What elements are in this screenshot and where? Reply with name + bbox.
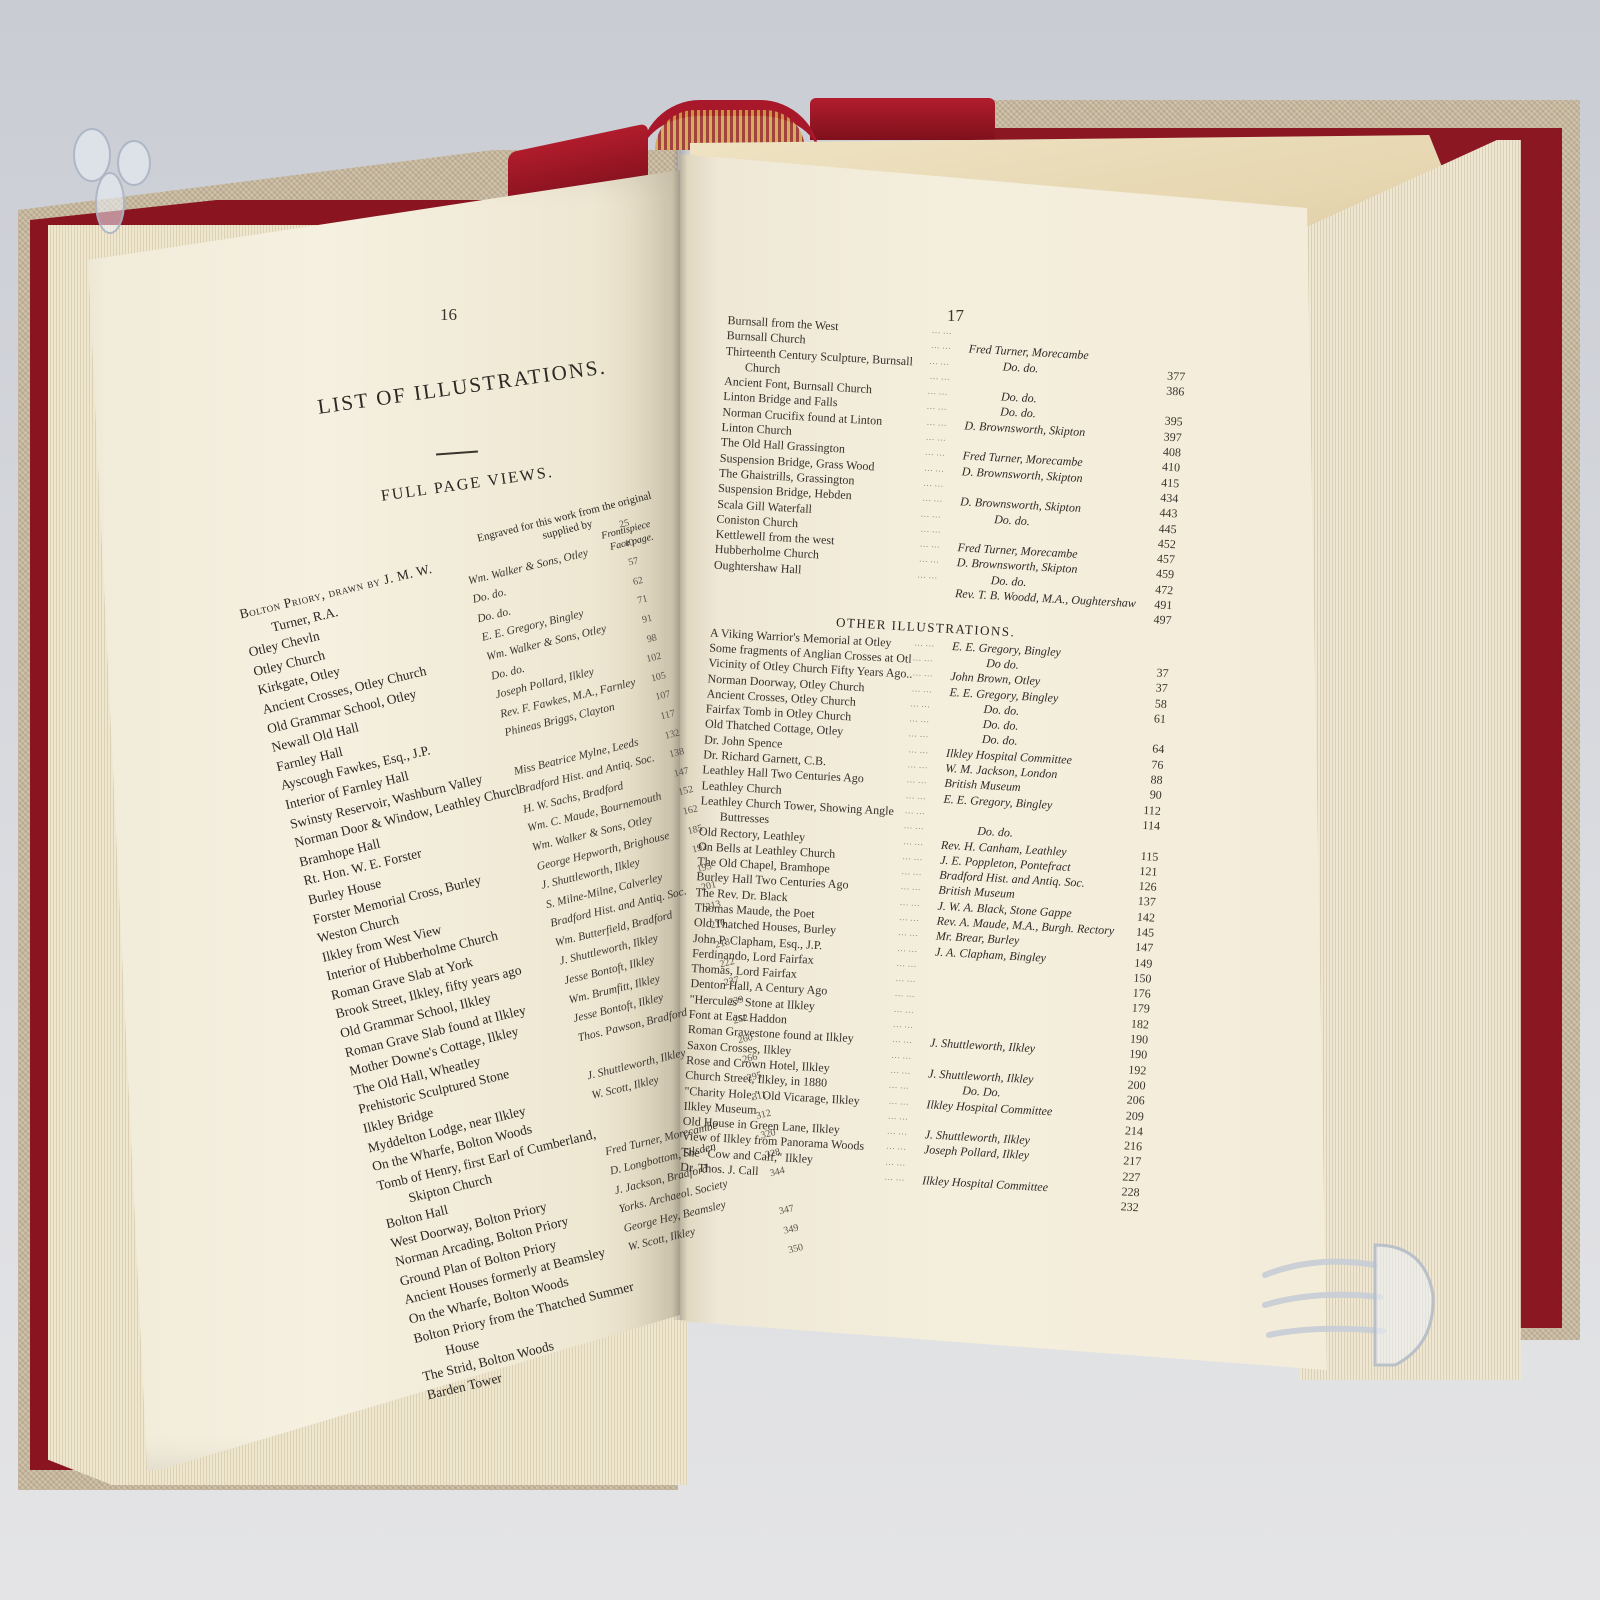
leader-dots: ··· ··· — [886, 1144, 925, 1156]
page-number-right: 17 — [947, 306, 964, 326]
leader-dots: ··· ··· — [918, 556, 957, 568]
illustration-page: 445 — [1144, 520, 1177, 537]
page-number-left: 16 — [440, 305, 457, 325]
illustration-page: 71 — [617, 594, 649, 612]
leader-dots: ··· ··· — [893, 1006, 932, 1018]
illustration-page: 347 — [763, 1203, 795, 1221]
illustration-page: 98 — [626, 632, 658, 650]
illustration-page: 162 — [667, 803, 699, 821]
leader-dots — [917, 595, 955, 597]
illustration-page: 58 — [1134, 695, 1167, 712]
leader-dots: ··· ··· — [923, 480, 962, 492]
illustration-page — [1151, 409, 1183, 411]
illustration-page: 142 — [1122, 909, 1155, 926]
leader-dots: ··· ··· — [906, 777, 945, 789]
leader-dots: ··· ··· — [910, 701, 948, 713]
illustration-page: 459 — [1141, 566, 1174, 583]
illustration-page — [779, 1268, 808, 1275]
illustration-page: 90 — [1129, 786, 1162, 803]
leader-dots: ··· ··· — [930, 343, 969, 355]
illustration-page: 377 — [1153, 367, 1186, 384]
leader-dots: ··· ··· — [888, 1098, 927, 1110]
illustration-page: 115 — [1126, 848, 1159, 865]
illustration-page: 114 — [1127, 817, 1160, 834]
illustration-page: 176 — [1118, 985, 1151, 1002]
spine-leather-right — [810, 98, 995, 140]
leader-dots: ··· ··· — [892, 1037, 931, 1049]
illustration-page: 37 — [1135, 680, 1168, 697]
illustration-page: 227 — [1108, 1168, 1141, 1185]
leader-dots: ··· ··· — [929, 373, 967, 385]
leader-dots: ··· ··· — [920, 526, 959, 538]
illustration-page: 386 — [1152, 383, 1185, 400]
leader-dots: ··· ··· — [920, 511, 958, 523]
leader-dots: ··· ··· — [905, 792, 944, 804]
leader-dots: ··· ··· — [922, 495, 961, 507]
illustration-page: 61 — [1133, 710, 1166, 727]
illustration-page: 152 — [663, 784, 695, 802]
illustration-page: 410 — [1147, 459, 1180, 476]
illustration-page: 121 — [1125, 863, 1158, 880]
illustration-page: 472 — [1141, 581, 1174, 598]
leader-dots: ··· ··· — [926, 419, 965, 431]
illustration-page: 497 — [1139, 612, 1172, 629]
illustration-page: 137 — [1123, 893, 1156, 910]
illustration-page — [788, 1306, 817, 1313]
illustration-page: 117 — [644, 708, 676, 726]
illustration-page: 88 — [1130, 771, 1163, 788]
leader-dots: ··· ··· — [888, 1082, 926, 1094]
leader-dots: ··· ··· — [895, 976, 934, 988]
illustration-page: 228 — [1107, 1184, 1140, 1201]
illustration-page: 452 — [1143, 535, 1176, 552]
leader-dots: ··· ··· — [908, 746, 947, 758]
open-book-photo: 16 LIST OF ILLUSTRATIONS. FULL PAGE VIEW… — [0, 0, 1600, 1600]
leader-dots: ··· ··· — [898, 914, 937, 926]
leader-dots: ··· ··· — [904, 808, 943, 820]
illustration-page: 190 — [1115, 1046, 1148, 1063]
page-clip-bottom-icon — [1255, 1235, 1455, 1375]
illustration-page: 408 — [1148, 444, 1181, 461]
illustration-page — [1154, 363, 1186, 365]
leader-dots: ··· ··· — [909, 716, 947, 728]
illustration-page: 216 — [1109, 1138, 1142, 1155]
illustration-page — [1154, 348, 1186, 350]
page-clip-top-icon — [62, 125, 172, 240]
illustration-page: 214 — [1110, 1122, 1143, 1139]
illustration-page: 149 — [1120, 954, 1153, 971]
leader-dots: ··· ··· — [887, 1128, 926, 1140]
illustration-page: 217 — [1109, 1153, 1142, 1170]
leader-dots: ··· ··· — [924, 450, 963, 462]
leader-dots: ··· ··· — [887, 1113, 926, 1125]
illustration-page: 112 — [1128, 802, 1161, 819]
illustration-page: 350 — [773, 1242, 805, 1260]
leader-dots: ··· ··· — [901, 869, 940, 881]
leader-dots: ··· ··· — [912, 670, 951, 682]
leader-dots: ··· ··· — [924, 465, 963, 477]
illustration-page: 57 — [608, 556, 640, 574]
leader-dots: ··· ··· — [931, 327, 970, 339]
leader-dots: ··· ··· — [899, 899, 938, 911]
illustration-page: 145 — [1121, 924, 1154, 941]
leader-dots: ··· ··· — [894, 991, 933, 1003]
illustrations-list-right: Burnsall from the West··· ···Burnsall Ch… — [679, 313, 1187, 1216]
illustration-page: 150 — [1119, 970, 1152, 987]
illustration-page: 62 — [612, 575, 644, 593]
leader-dots: ··· ··· — [902, 853, 941, 865]
leader-dots: ··· ··· — [907, 762, 946, 774]
leader-dots: ··· ··· — [929, 358, 967, 370]
illustration-page: 105 — [635, 670, 667, 688]
leader-dots: ··· ··· — [908, 731, 946, 743]
illustration-page: 102 — [631, 651, 663, 669]
leader-dots: ··· ··· — [917, 572, 955, 584]
illustration-page: 457 — [1142, 551, 1175, 568]
illustration-page: 76 — [1131, 756, 1164, 773]
illustration-page: 395 — [1150, 413, 1183, 430]
leader-dots: ··· ··· — [903, 838, 942, 850]
leader-dots: ··· ··· — [912, 655, 950, 667]
leader-dots: ··· ··· — [893, 1021, 932, 1033]
illustration-page: 91 — [622, 613, 654, 631]
illustration-page: 132 — [649, 727, 681, 745]
leader-dots: ··· ··· — [903, 823, 941, 835]
illustration-page: 434 — [1146, 490, 1179, 507]
leader-dots: ··· ··· — [891, 1052, 930, 1064]
leader-dots: ··· ··· — [890, 1067, 929, 1079]
illustration-page: 107 — [640, 689, 672, 707]
illustration-page: 126 — [1124, 878, 1157, 895]
illustration-page: 147 — [658, 765, 690, 783]
illustration-page — [1127, 843, 1159, 845]
leader-dots: ··· ··· — [926, 404, 964, 416]
illustration-page — [1133, 736, 1165, 738]
illustration-page: 37 — [1136, 664, 1169, 681]
leader-dots: ··· ··· — [885, 1159, 924, 1171]
illustration-page: 179 — [1117, 1000, 1150, 1017]
leader-dots: ··· ··· — [884, 1174, 923, 1186]
illustration-page: 491 — [1140, 597, 1173, 614]
illustration-page: 443 — [1145, 505, 1178, 522]
illustration-page: 64 — [1132, 741, 1165, 758]
illustration-page: 192 — [1114, 1061, 1147, 1078]
illustration-page: 190 — [1115, 1031, 1148, 1048]
illustration-page: 25 — [599, 518, 631, 536]
illustration-page: 349 — [768, 1222, 800, 1240]
illustration-page: 182 — [1116, 1016, 1149, 1033]
leader-dots: ··· ··· — [911, 685, 950, 697]
right-page-stack-edge — [1300, 140, 1540, 1380]
leader-dots: ··· ··· — [925, 434, 964, 446]
illustration-page — [1137, 660, 1169, 662]
illustration-page: 209 — [1111, 1107, 1144, 1124]
illustration-page: 147 — [1121, 939, 1154, 956]
illustration-page: 397 — [1149, 429, 1182, 446]
illustration-page: 206 — [1112, 1092, 1145, 1109]
leader-dots: ··· ··· — [914, 640, 953, 652]
illustration-page: 415 — [1146, 474, 1179, 491]
illustration-page — [784, 1287, 813, 1294]
leader-dots: ··· ··· — [898, 930, 937, 942]
leader-dots — [916, 610, 954, 612]
illustration-page: 232 — [1106, 1199, 1139, 1216]
illustration-page: 40 — [603, 537, 635, 555]
leader-dots: ··· ··· — [919, 541, 958, 553]
leader-dots: ··· ··· — [900, 884, 939, 896]
illustration-page: 138 — [654, 746, 686, 764]
leader-dots: ··· ··· — [896, 960, 935, 972]
leader-dots: ··· ··· — [897, 945, 936, 957]
leader-dots: ··· ··· — [927, 388, 965, 400]
leader-dots — [883, 1197, 921, 1199]
illustration-page: 200 — [1113, 1077, 1146, 1094]
